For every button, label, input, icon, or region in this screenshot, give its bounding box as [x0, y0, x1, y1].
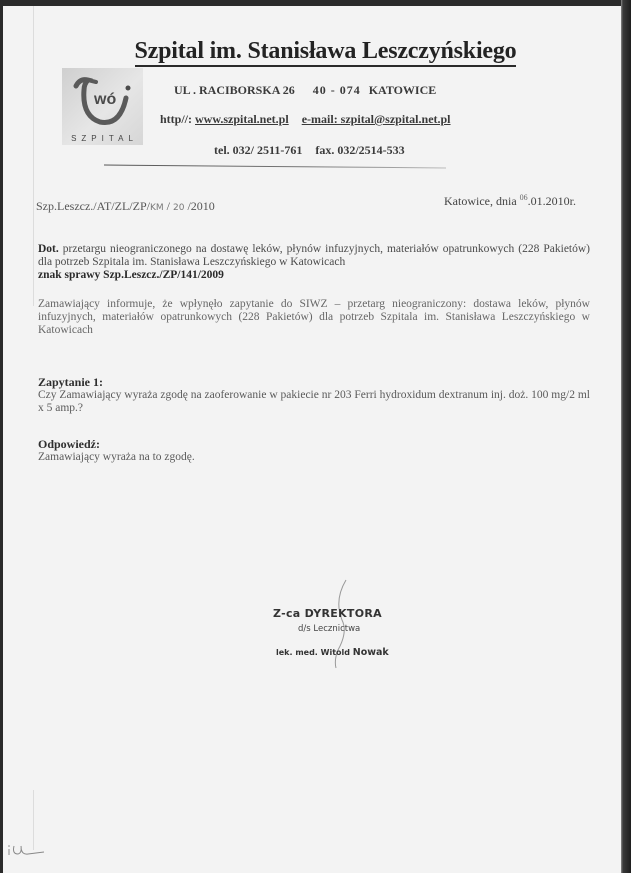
scan-edge-shadow — [621, 0, 631, 873]
answer-label: Odpowiedź: — [38, 437, 100, 452]
date-suffix: .01.2010r. — [528, 194, 576, 208]
signature-stamp: Z-ca DYREKTORA d/s Lecznictwa lek. med. … — [240, 570, 440, 670]
url-prefix: http//: — [160, 112, 192, 126]
ref-prefix: Szp.Leszcz./AT/ZL/ZP/ — [36, 199, 150, 213]
hospital-logo: wó SZPITAL — [62, 68, 143, 145]
smile-logo-icon: wó — [66, 72, 139, 132]
zip-code: 40 - 074 — [313, 83, 361, 97]
signatory-title-name: lek. med. Witold — [276, 648, 353, 657]
stamp-department: d/s Lecznictwa — [298, 624, 360, 634]
website-link[interactable]: www.szpital.net.pl — [195, 112, 289, 126]
subject-label: Dot. — [38, 243, 59, 255]
case-number: znak sprawy Szp.Leszcz./ZP/141/2009 — [38, 269, 224, 281]
hospital-name: Szpital im. Stanisława Leszczyńskiego — [135, 38, 517, 67]
handwritten-day: 06 — [520, 193, 528, 202]
date-prefix: Katowice, dnia — [444, 194, 520, 208]
reference-number: Szp.Leszcz./AT/ZL/ZP/KM / 20 /2010 — [36, 199, 215, 214]
handwritten-initials-icon — [6, 840, 46, 860]
handwritten-initials: KM — [150, 203, 164, 213]
hospital-web-contact: http//: www.szpital.net.pl e-mail: szpit… — [160, 112, 451, 127]
stamp-signatory: lek. med. Witold Nowak — [276, 647, 389, 658]
hospital-phone: tel. 032/ 2511-761fax. 032/2514-533 — [214, 143, 405, 158]
hospital-address: UL . RACIBORSKA 2640 - 074KATOWICE — [174, 83, 436, 98]
svg-text:wó: wó — [93, 91, 116, 108]
subject-block: Dot. przetargu nieograniczonego na dosta… — [38, 243, 590, 282]
handwritten-number: 20 — [173, 203, 184, 213]
intro-paragraph: Zamawiający informuje, że wpłynęło zapyt… — [38, 298, 590, 337]
fax-number: fax. 032/2514-533 — [315, 143, 404, 157]
logo-caption: SZPITAL — [62, 134, 143, 143]
answer-text: Zamawiający wyraża na to zgodę. — [38, 451, 590, 464]
ref-separator: / — [164, 199, 173, 213]
question-text: Czy Zamawiający wyraża zgodę na zaoferow… — [38, 389, 590, 415]
street: UL . RACIBORSKA 26 — [174, 83, 295, 97]
hospital-title: Szpital im. Stanisława Leszczyńskiego — [0, 38, 631, 65]
phone-number: tel. 032/ 2511-761 — [214, 143, 302, 157]
signatory-surname: Nowak — [353, 647, 389, 658]
subject-text: przetargu nieograniczonego na dostawę le… — [38, 243, 590, 268]
question-label: Zapytanie 1: — [38, 375, 103, 390]
stamp-position: Z-ca DYREKTORA — [273, 607, 382, 620]
letter-date: Katowice, dnia 06.01.2010r. — [444, 193, 576, 209]
email-link[interactable]: e-mail: szpital@szpital.net.pl — [302, 112, 451, 126]
ref-suffix: /2010 — [184, 199, 214, 213]
city: KATOWICE — [369, 83, 437, 97]
